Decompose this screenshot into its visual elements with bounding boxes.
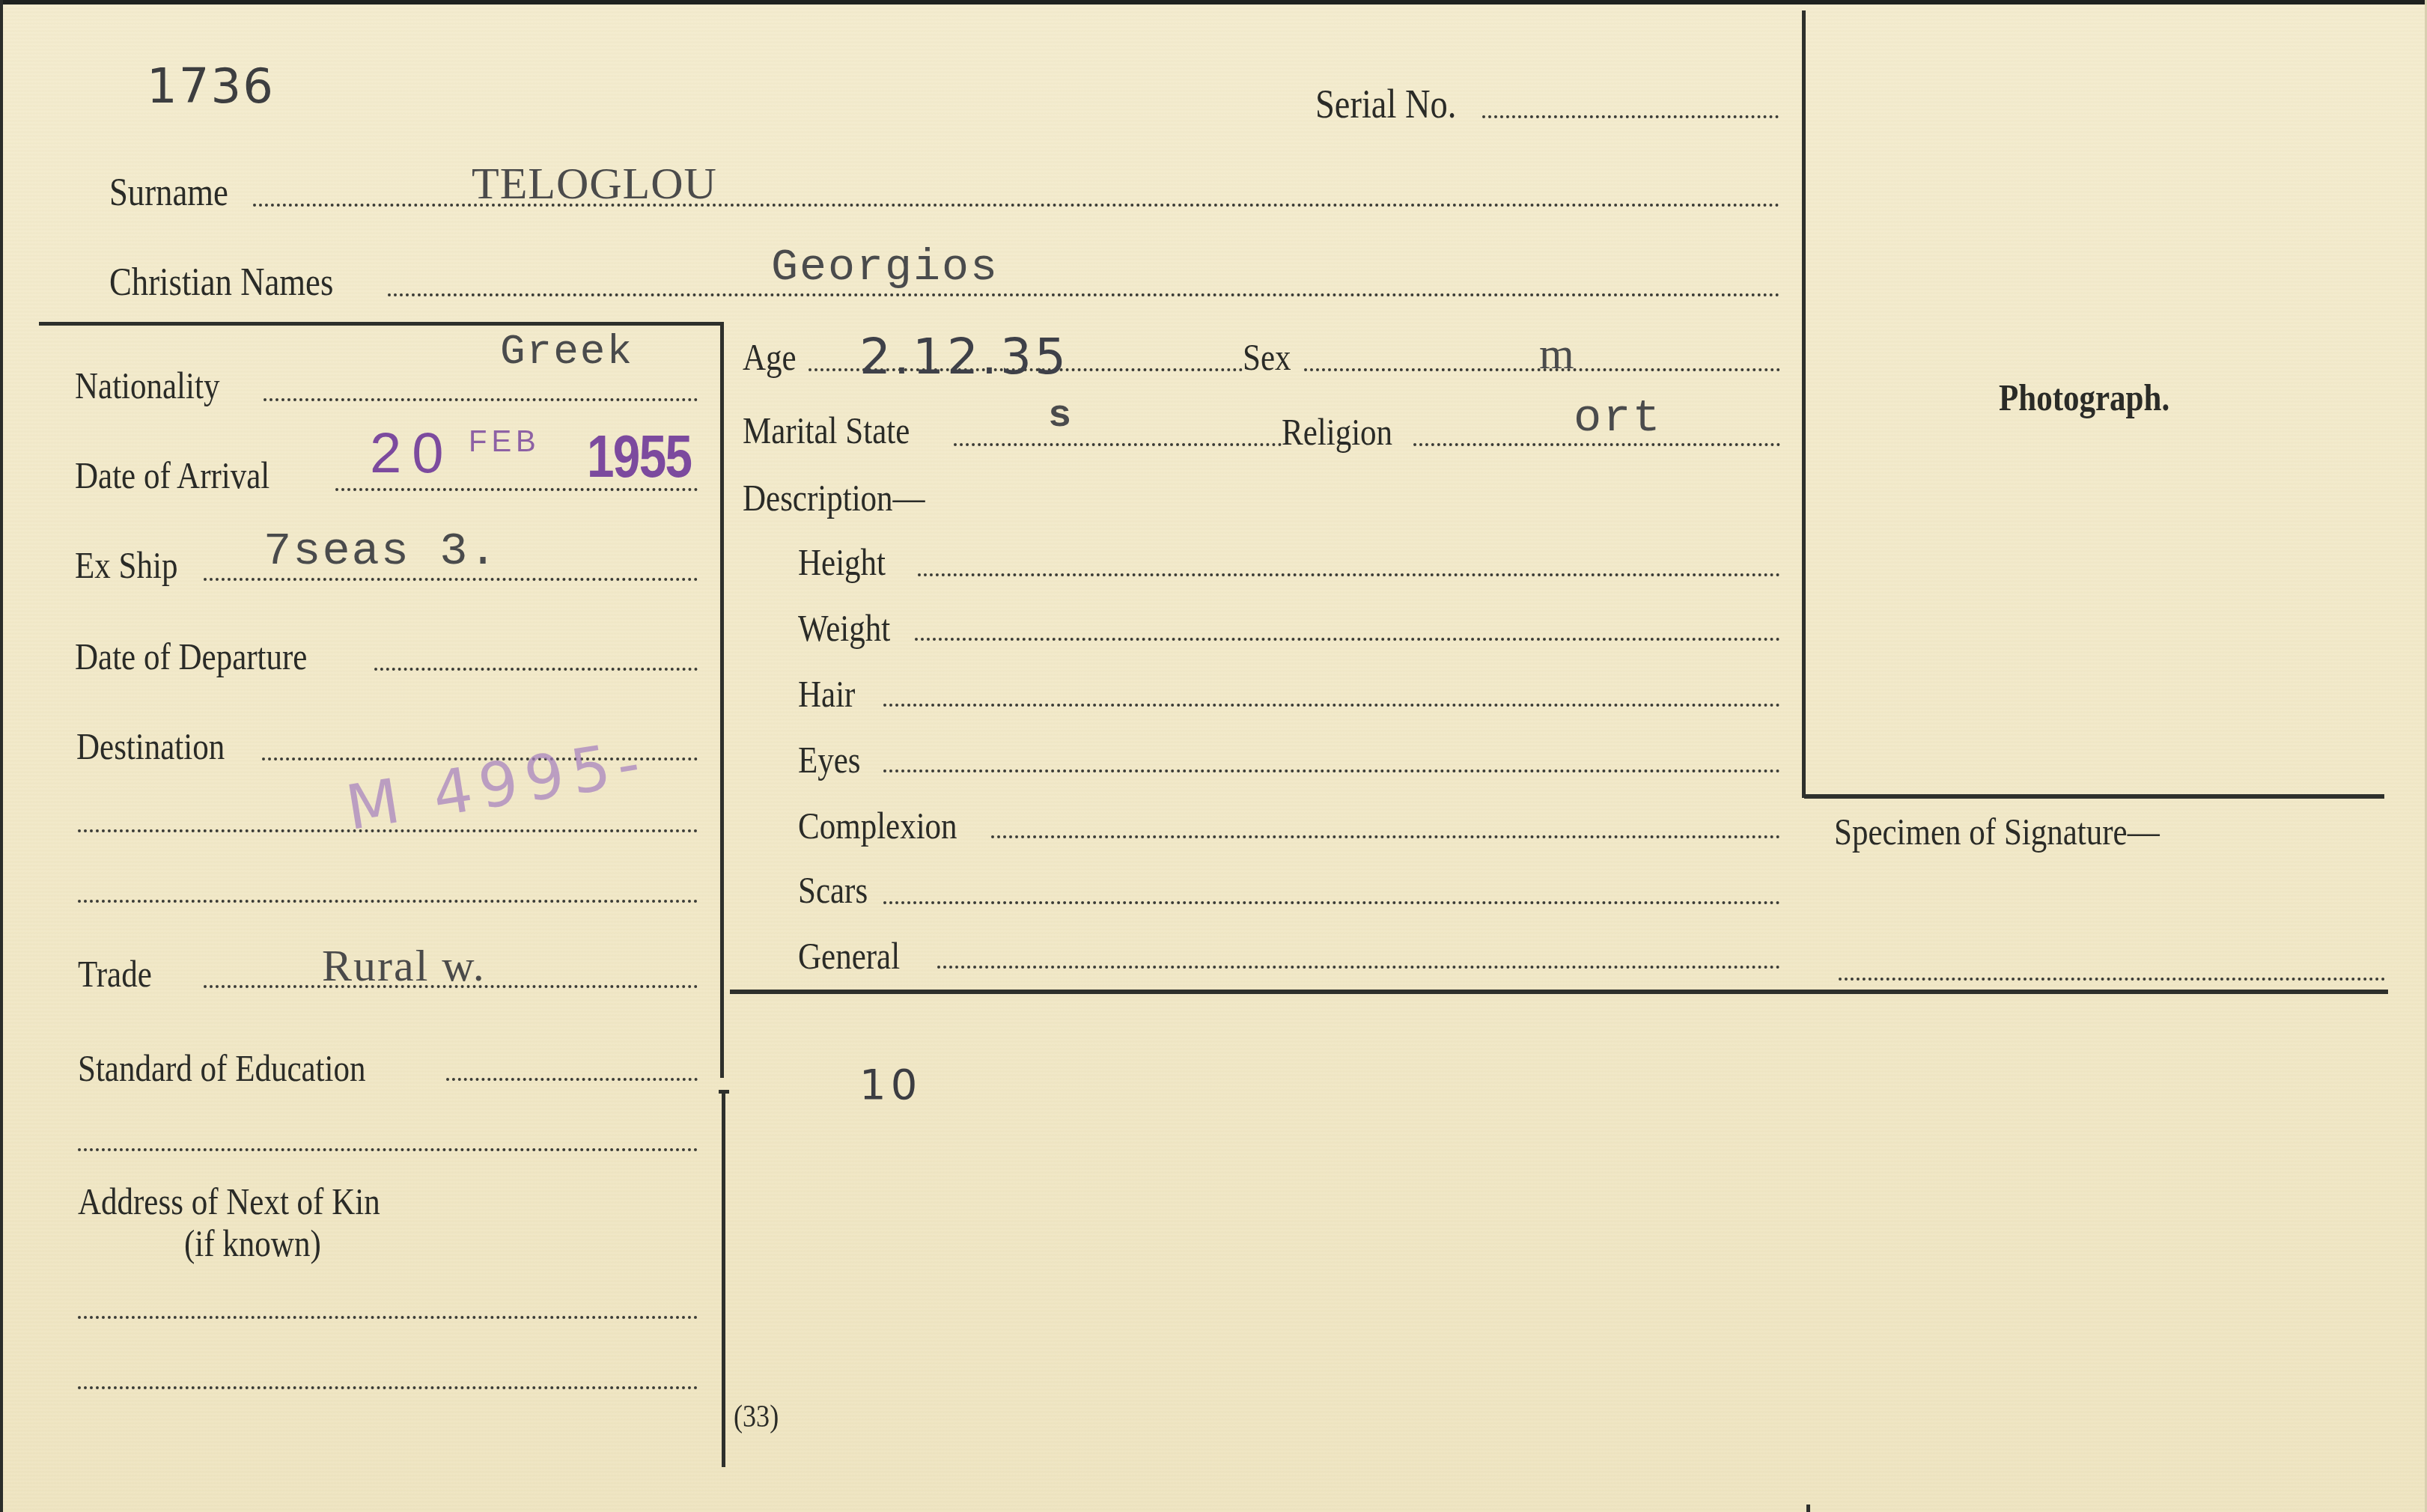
destination-label: Destination — [76, 728, 225, 765]
marital-state-label: Marital State — [743, 412, 910, 449]
eyes-field[interactable] — [883, 769, 1780, 772]
scars-field[interactable] — [883, 901, 1780, 904]
annotation-number: 10 — [859, 1064, 922, 1106]
christian-names-label: Christian Names — [109, 263, 333, 302]
next-of-kin-sublabel: (if known) — [184, 1225, 321, 1262]
ex-ship-value: 7seas 3. — [264, 528, 499, 575]
general-field[interactable] — [937, 966, 1780, 969]
trade-value: Rural w. — [322, 943, 486, 988]
date-of-departure-label: Date of Departure — [75, 638, 307, 675]
standard-of-education-label: Standard of Education — [78, 1049, 366, 1087]
registration-card: 1736 Serial No. Surname TELOGLOU Christi… — [0, 0, 2427, 1512]
hair-label: Hair — [798, 675, 855, 713]
ex-ship-label: Ex Ship — [75, 546, 177, 584]
bottom-edge-mark — [1806, 1505, 1810, 1512]
card-top-edge — [0, 0, 2427, 4]
next-of-kin-field[interactable] — [78, 1316, 698, 1319]
christian-names-field[interactable] — [388, 293, 1780, 296]
description-label: Description— — [743, 479, 925, 516]
standard-of-education-field-line-2[interactable] — [78, 1148, 698, 1151]
nationality-value: Greek — [500, 331, 633, 373]
marital-state-field[interactable] — [954, 443, 1282, 446]
weight-label: Weight — [798, 609, 890, 647]
serial-no-label: Serial No. — [1315, 84, 1456, 124]
destination-stamp: M 4995- — [342, 732, 651, 840]
date-of-departure-field[interactable] — [374, 668, 698, 671]
scars-label: Scars — [798, 871, 868, 909]
nationality-field[interactable] — [264, 398, 698, 401]
signature-field[interactable] — [1839, 978, 2385, 981]
sex-label: Sex — [1243, 338, 1291, 376]
stamp-month: FEB — [469, 427, 540, 457]
middle-horizontal-rule — [730, 990, 2388, 994]
nationality-label: Nationality — [75, 367, 219, 404]
next-of-kin-field-line-2[interactable] — [78, 1386, 698, 1389]
sex-value: m — [1539, 331, 1576, 376]
age-label: Age — [743, 338, 797, 376]
stamp-day: 20 — [370, 425, 454, 482]
standard-of-education-field[interactable] — [446, 1078, 698, 1081]
christian-names-value: Georgios — [771, 246, 999, 290]
surname-value: TELOGLOU — [472, 161, 717, 206]
surname-label: Surname — [109, 174, 228, 213]
general-label: General — [798, 937, 900, 975]
photograph-box-bottom-rule — [1804, 794, 2384, 799]
weight-field[interactable] — [915, 638, 1780, 641]
destination-field-line-3[interactable] — [78, 900, 698, 903]
complexion-field[interactable] — [991, 835, 1780, 838]
left-panel-vertical-rule-upper — [720, 322, 724, 1078]
left-panel-vertical-rule-lower — [722, 1091, 725, 1467]
next-of-kin-label: Address of Next of Kin — [78, 1183, 380, 1220]
card-left-edge — [0, 0, 3, 1512]
form-code: (33) — [734, 1401, 779, 1433]
height-label: Height — [798, 543, 886, 581]
photograph-box-left-rule — [1802, 10, 1806, 798]
height-field[interactable] — [918, 573, 1780, 576]
rule-serif-cap — [719, 1090, 729, 1094]
left-panel-top-rule — [39, 322, 723, 326]
photograph-area — [1807, 10, 2384, 793]
eyes-label: Eyes — [798, 741, 861, 778]
age-value: 2.12.35 — [859, 332, 1069, 382]
ex-ship-field[interactable] — [204, 578, 698, 581]
complexion-label: Complexion — [798, 807, 957, 844]
date-of-arrival-label: Date of Arrival — [75, 457, 270, 494]
signature-label: Specimen of Signature— — [1834, 813, 2160, 850]
card-number: 1736 — [147, 63, 275, 111]
hair-field[interactable] — [883, 704, 1780, 707]
religion-value: ort — [1574, 395, 1662, 442]
trade-label: Trade — [78, 955, 152, 993]
stamp-year: 1955 — [587, 427, 691, 487]
serial-no-field[interactable] — [1482, 115, 1779, 118]
religion-label: Religion — [1282, 413, 1392, 451]
marital-state-value: s — [1048, 397, 1073, 436]
